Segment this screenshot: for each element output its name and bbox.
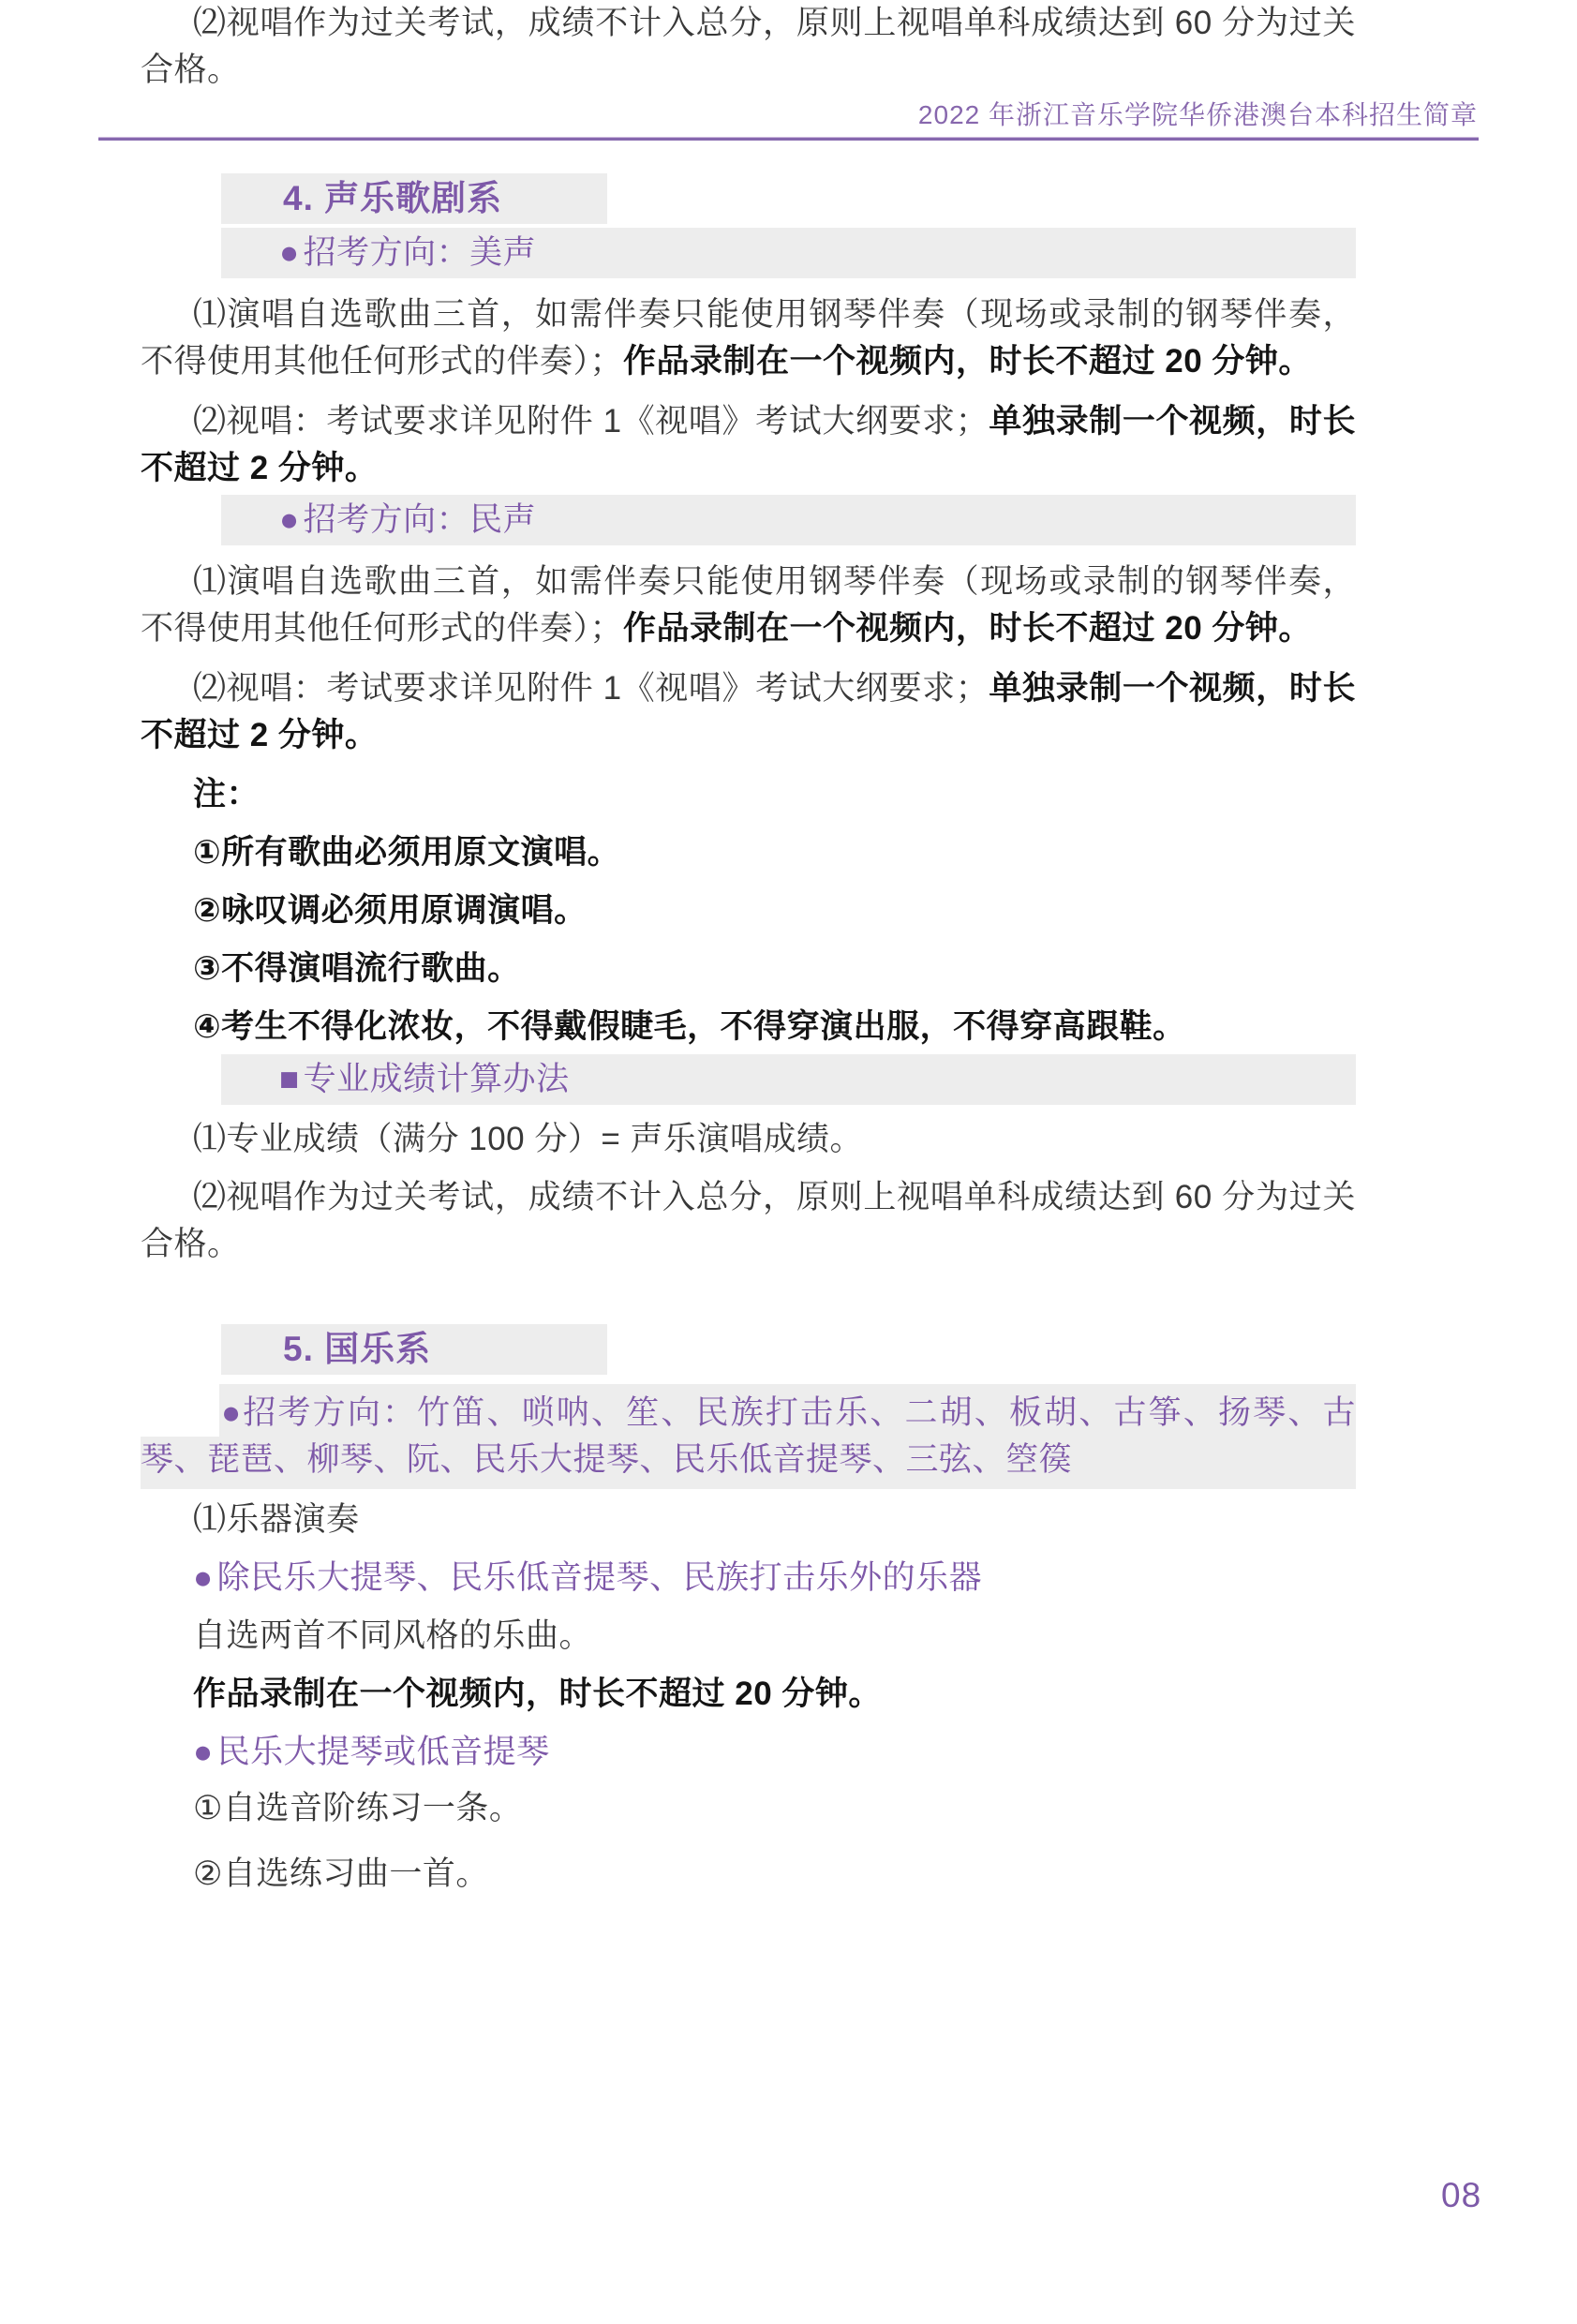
sublabel-other-instruments: ●除民乐大提琴、民乐低音提琴、民族打击乐外的乐器 <box>141 1555 1356 1601</box>
page-number: 08 <box>1441 2176 1481 2215</box>
bullet-circle-icon: ● <box>279 234 300 271</box>
direction-label: 招考方向：竹笛、唢呐、笙、民族打击乐、二胡、板胡、古筝、扬琴、古琴、琵琶、柳琴、… <box>141 1394 1356 1478</box>
document-body: ⑵视唱作为过关考试，成绩不计入总分，原则上视唱单科成绩达到 60 分为过关合格。… <box>141 0 1356 1911</box>
direction-label: 招考方向：美声 <box>304 234 537 271</box>
paragraph-belcanto-sightsinging: ⑵视唱：考试要求详见附件 1《视唱》考试大纲要求；单独录制一个视频，时长不超过 … <box>141 398 1356 492</box>
sublabel-text: 民乐大提琴或低音提琴 <box>217 1734 550 1770</box>
note-item-1: ①所有歌曲必须用原文演唱。 <box>141 829 1356 876</box>
paragraph-instrument-performance: ⑴乐器演奏 <box>141 1497 1356 1543</box>
bullet-circle-icon: ● <box>193 1559 214 1596</box>
paragraph-folkvoice-sightsinging: ⑵视唱：考试要求详见附件 1《视唱》考试大纲要求；单独录制一个视频，时长不超过 … <box>141 665 1356 759</box>
sublabel-cello-double-bass: ●民乐大提琴或低音提琴 <box>141 1729 1356 1776</box>
paragraph-score-formula: ⑴专业成绩（满分 100 分）= 声乐演唱成绩。 <box>141 1116 1356 1163</box>
direction-bar-folk-voice: ●招考方向：民声 <box>221 495 1356 545</box>
paragraph-etude: ②自选练习曲一首。 <box>141 1851 1356 1898</box>
paragraph-folkvoice-repertoire: ⑴演唱自选歌曲三首，如需伴奏只能使用钢琴伴奏（现场或录制的钢琴伴奏，不得使用其他… <box>141 559 1356 652</box>
paragraph-sight-singing-pass: ⑵视唱作为过关考试，成绩不计入总分，原则上视唱单科成绩达到 60 分为过关合格。 <box>141 0 1356 94</box>
bullet-circle-icon: ● <box>221 1394 243 1431</box>
bold-run: 作品录制在一个视频内，时长不超过 20 分钟。 <box>623 343 1312 380</box>
direction-bar-bel-canto: ●招考方向：美声 <box>221 228 1356 278</box>
paragraph-belcanto-repertoire: ⑴演唱自选歌曲三首，如需伴奏只能使用钢琴伴奏（现场或录制的钢琴伴奏，不得使用其他… <box>141 291 1356 385</box>
note-item-2: ②咏叹调必须用原调演唱。 <box>141 887 1356 934</box>
bullet-circle-icon: ● <box>279 501 300 538</box>
paragraph-scale-exercise: ①自选音阶练习一条。 <box>141 1785 1356 1832</box>
paragraph-score-pass-rule: ⑵视唱作为过关考试，成绩不计入总分，原则上视唱单科成绩达到 60 分为过关合格。 <box>141 1174 1356 1268</box>
sublabel-text: 除民乐大提琴、民乐低音提琴、民族打击乐外的乐器 <box>217 1559 983 1596</box>
paragraph-two-pieces: 自选两首不同风格的乐曲。 <box>141 1613 1356 1660</box>
score-calculation-bar: ■专业成绩计算办法 <box>221 1054 1356 1105</box>
bullet-square-icon: ■ <box>279 1061 300 1097</box>
notes-title: 注： <box>141 771 1356 818</box>
note-item-4: ④考生不得化浓妆，不得戴假睫毛，不得穿演出服，不得穿高跟鞋。 <box>141 1004 1356 1050</box>
section-4-title-bar: 4. 声乐歌剧系 <box>221 173 607 224</box>
bullet-circle-icon: ● <box>193 1734 214 1770</box>
note-item-3: ③不得演唱流行歌曲。 <box>141 946 1356 992</box>
bold-run: 作品录制在一个视频内，时长不超过 20 分钟。 <box>623 610 1312 647</box>
section-5-title-bar: 5. 国乐系 <box>221 1324 607 1375</box>
direction-bar-chinese-instruments: ●招考方向：竹笛、唢呐、笙、民族打击乐、二胡、板胡、古筝、扬琴、古琴、琵琶、柳琴… <box>141 1384 1356 1489</box>
direction-label: 招考方向：民声 <box>304 501 537 538</box>
paragraph-video-limit: 作品录制在一个视频内，时长不超过 20 分钟。 <box>141 1671 1356 1718</box>
score-calculation-label: 专业成绩计算办法 <box>304 1061 570 1097</box>
